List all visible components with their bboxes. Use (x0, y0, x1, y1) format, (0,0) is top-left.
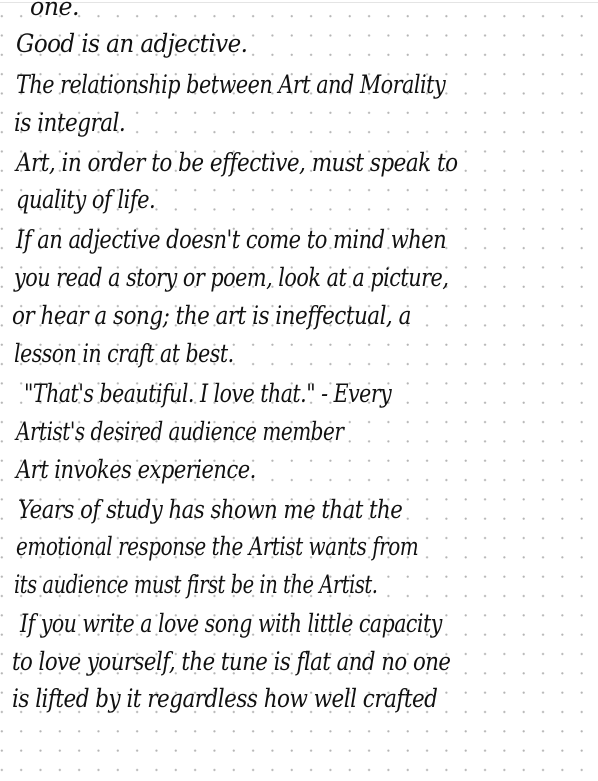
handwritten-line: its audience must first be in the Artist… (14, 572, 378, 597)
handwritten-line: quality of life. (16, 187, 155, 212)
handwritten-line: The relationship between Art and Moralit… (16, 72, 445, 97)
handwritten-line: "That's beautiful. I love that." - Every (24, 381, 391, 406)
handwritten-line: is integral. (14, 110, 125, 135)
handwritten-line: lesson in craft at best. (14, 341, 234, 366)
dot-grid-page: one. Good is an adjective. The relations… (0, 0, 598, 781)
handwritten-line: is lifted by it regardless how well craf… (12, 686, 437, 711)
page-top-edge (0, 2, 598, 3)
handwritten-line: Artist's desired audience member (16, 419, 343, 444)
handwritten-line: Art invokes experience. (16, 457, 256, 482)
handwritten-line: emotional response the Artist wants from (16, 534, 418, 559)
handwritten-line: If an adjective doesn't come to mind whe… (16, 227, 446, 252)
handwritten-line: to love yourself, the tune is flat and n… (12, 649, 450, 674)
handwritten-line: one. (30, 0, 79, 19)
handwritten-line: you read a story or poem, look at a pict… (14, 265, 448, 290)
handwritten-line: Good is an adjective. (16, 31, 247, 56)
handwritten-line: Years of study has shown me that the (18, 497, 402, 522)
handwritten-line: If you write a love song with little cap… (20, 611, 442, 636)
handwritten-line: Art, in order to be effective, must spea… (16, 150, 458, 175)
handwritten-line: or hear a song; the art is ineffectual, … (12, 303, 411, 328)
